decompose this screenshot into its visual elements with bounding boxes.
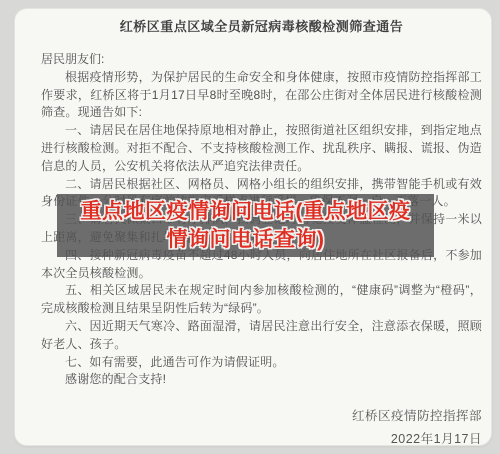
notice-paragraph-item-1: 一、请居民在居住地保持原地相对静止，按照街道社区组织安排，到指定地点进行核酸检测… — [41, 122, 482, 175]
notice-paragraph-item-5: 五、相关区域居民未在规定时间内参加核酸检测的，“健康码”调整为“橙码”，完成核酸… — [41, 282, 482, 318]
notice-paragraph-item-6: 六、因近期天气寒冷、路面湿滑，请居民注意出行安全，注意添衣保暖，照顾好老人、孩子… — [41, 318, 482, 354]
watermark-text-line1: 重点地区疫情询问电话(重点地区疫 — [81, 198, 411, 226]
notice-title: 红桥区重点区域全员新冠病毒核酸检测筛查通告 — [41, 19, 482, 35]
issuer-signature: 红桥区疫情防控指挥部 — [41, 405, 482, 428]
notice-paragraph-item-7: 七、如有需要，此通告可作为请假证明。 — [41, 354, 482, 372]
notice-paragraph-intro: 根据疫情形势，为保护居民的生命安全和身体健康，按照市疫情防控指挥部工作要求，红桥… — [41, 69, 482, 122]
watermark-text-line2: 情询问电话查询) — [167, 226, 325, 254]
notice-photo: 红桥区重点区域全员新冠病毒核酸检测筛查通告 居民朋友们: 根据疫情形势，为保护居… — [0, 0, 500, 454]
notice-paragraph-thanks: 感谢您的配合支持! — [41, 371, 482, 389]
issue-date: 2022年1月17日 — [41, 428, 482, 451]
notice-salutation: 居民朋友们: — [41, 51, 482, 69]
watermark-overlay: 重点地区疫情询问电话(重点地区疫 情询问电话查询) — [57, 194, 434, 257]
signature-block: 红桥区疫情防控指挥部 2022年1月17日 — [41, 405, 482, 451]
